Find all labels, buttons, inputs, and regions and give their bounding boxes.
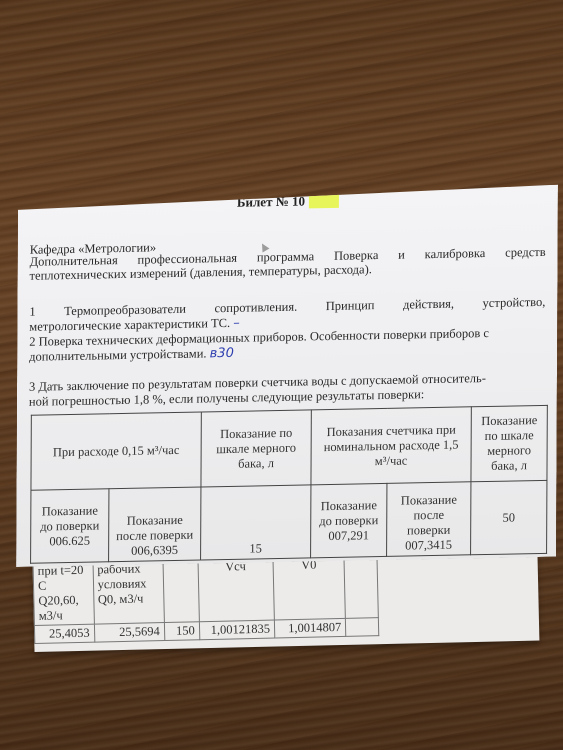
cell-3: 150	[164, 622, 199, 641]
ticket-title: Билет № 101111	[18, 189, 558, 215]
low-before-value: 006.625	[49, 533, 90, 548]
handwritten-note: в30	[210, 346, 234, 361]
questions: 1 Термопреобразователи сопротивления. Пр…	[29, 295, 545, 365]
col-header-6	[344, 555, 378, 619]
cell-vsch: 1,00121835	[199, 620, 275, 640]
exam-ticket: Билет № 101111 Кафедра «Метрологии» Допо…	[16, 185, 558, 567]
nom-after-value: 007,3415	[405, 538, 452, 553]
verification-table: При расходе 0,15 м³/час Показание по шка…	[30, 405, 548, 564]
underlying-table: при t=20 C Q20,60, м3/ч рабочих условиях…	[32, 554, 379, 644]
header-flow-nominal: Показания счетчика при номинальном расхо…	[311, 407, 471, 485]
cell-low-after: Показание после поверки 006,6395	[109, 487, 201, 562]
col-header-3	[163, 559, 199, 623]
cell-nom-before: Показание до поверки 007,291	[311, 483, 387, 557]
cell-tank-2-value: 50	[471, 480, 547, 554]
col-header-v0: V0	[273, 555, 346, 620]
cell-nom-after: Показание после поверки 007,3415	[387, 482, 471, 557]
cell-low-before: Показание до поверки 006.625	[31, 489, 109, 564]
col-header-vsch: Vсч	[198, 557, 275, 622]
cell-6	[346, 618, 379, 637]
cell-q20: 25,4053	[34, 624, 94, 643]
header-flow-low: При расходе 0,15 м³/час	[31, 412, 201, 490]
nom-before-value: 007,291	[328, 528, 369, 543]
handwritten-dash: –	[233, 316, 240, 331]
question-2-line-2: дополнительными устройствами.	[29, 346, 206, 363]
cell-q0: 25,5694	[94, 623, 164, 643]
col-header-q20: при t=20 C Q20,60, м3/ч	[33, 561, 94, 625]
cell-tank-1-value: 15	[201, 485, 311, 560]
header-tank-1: Показание по шкале мерного бака, л	[201, 410, 311, 487]
question-3: 3 Дать заключение по результатам поверки…	[29, 370, 549, 410]
highlighter-mark: 1111	[309, 193, 339, 209]
question-1-line-1: 1 Термопреобразователи сопротивления. Пр…	[29, 295, 545, 320]
low-after-value: 006,6395	[131, 543, 178, 558]
col-header-q0: рабочих условиях Q0, м3/ч	[93, 560, 165, 625]
header-tank-2: Показание по шкале мерного бака, л	[471, 405, 547, 481]
cell-v0: 1,0014807	[274, 618, 346, 638]
